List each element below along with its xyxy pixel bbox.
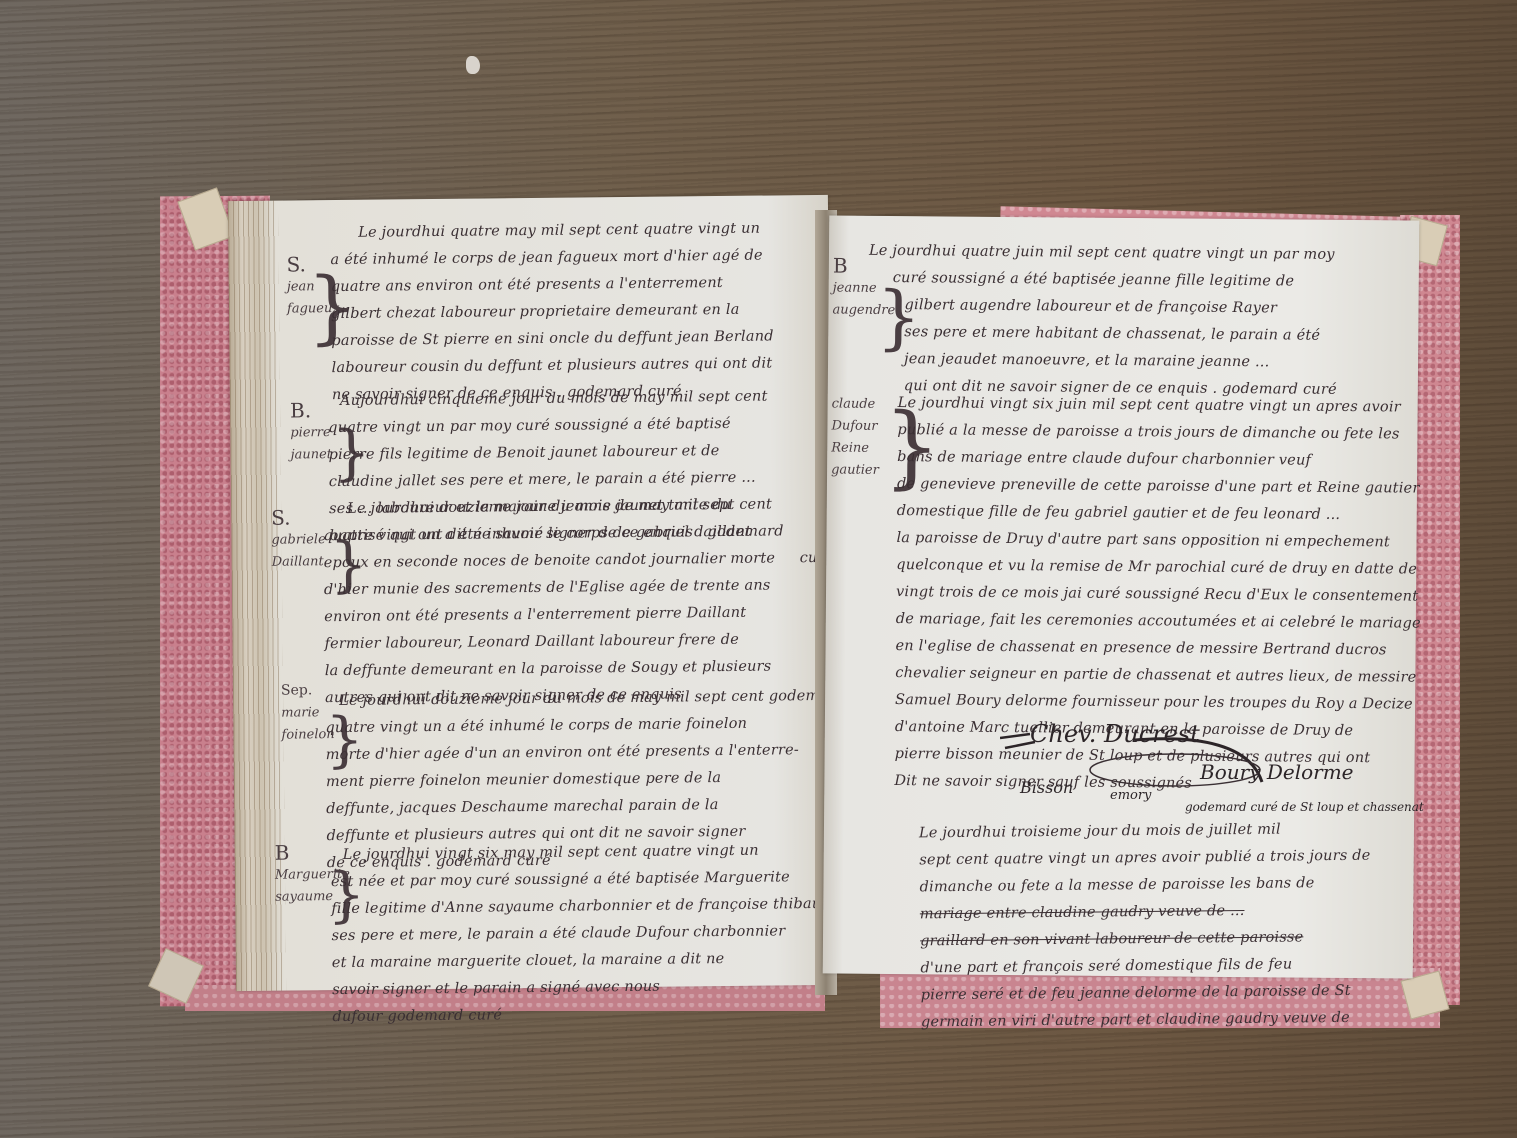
register-entry: Le jourdhui quatre may mil sept cent qua… — [330, 215, 774, 409]
entry-line: ses pere et mere habitant de chassenat, … — [868, 319, 1337, 350]
signature-emory: emory — [1110, 788, 1151, 803]
entry-line: Aujourdhui cinquieme jour du mois de may… — [328, 383, 832, 415]
entry-line: dufour godemard curé — [332, 999, 832, 1031]
entry-line: gilbert augendre laboureur et de françoi… — [868, 292, 1337, 323]
entry-type-symbol: S. — [271, 505, 326, 530]
entry-line: ses pere et mere, le parain a été claude… — [331, 918, 831, 950]
entry-type-symbol: B. — [290, 398, 332, 422]
entry-line: jean jeaudet manoeuvre, et la maraine je… — [868, 346, 1337, 377]
signatures-block: Chev. Ducrest Boury Delorme Bisson emory… — [1000, 720, 1380, 830]
margin-name: Dufour — [831, 415, 879, 437]
register-book: S. jean fagueux } Le jourdhui quatre may… — [0, 0, 1517, 1138]
entry-line: curé soussigné a été baptisée jeanne fil… — [869, 265, 1338, 296]
register-entry: Le jourdhui vingt six may mil sept cent … — [331, 837, 832, 1031]
entry-line: la deffunte demeurant en la paroisse de … — [325, 653, 777, 685]
margin-name: jaunet — [290, 444, 332, 466]
margin-name: pierre — [290, 422, 332, 444]
margin-name: Reine — [831, 437, 879, 459]
register-entry: Le jourdhui troisieme jour du mois de ju… — [919, 816, 1372, 1037]
left-page: S. jean fagueux } Le jourdhui quatre may… — [228, 195, 836, 991]
entry-line: germain en viri d'autre part et claudine… — [921, 1005, 1373, 1037]
margin-note: S. gabriele Daillant — [271, 505, 326, 574]
margin-name: gautier — [831, 459, 879, 481]
register-entry: Le jourdhui quatre juin mil sept cent qu… — [868, 238, 1338, 404]
entry-line: Le jourdhui quatre juin mil sept cent qu… — [869, 238, 1338, 269]
signature-boury-delorme: Boury Delorme — [1200, 760, 1354, 784]
margin-name: gabriele — [271, 529, 326, 552]
margin-note: B. pierre jaunet — [290, 398, 332, 466]
margin-name: claude — [832, 393, 880, 415]
entry-line: laboureur cousin du deffunt et plusieurs… — [331, 350, 774, 382]
register-entry: Le jourdhui douzieme jour du mois de may… — [323, 491, 777, 712]
signature-bisson: Bisson — [1020, 778, 1073, 797]
margin-name: Daillant — [272, 551, 327, 574]
signature-ducrest: Chev. Ducrest — [1030, 720, 1200, 748]
margin-note: claude Dufour Reine gautier — [831, 393, 880, 481]
signature-godemard: godemard curé de St loup et chassenat — [1185, 800, 1424, 814]
entry-line: dimanche ou fete a la messe de paroisse … — [919, 870, 1371, 902]
